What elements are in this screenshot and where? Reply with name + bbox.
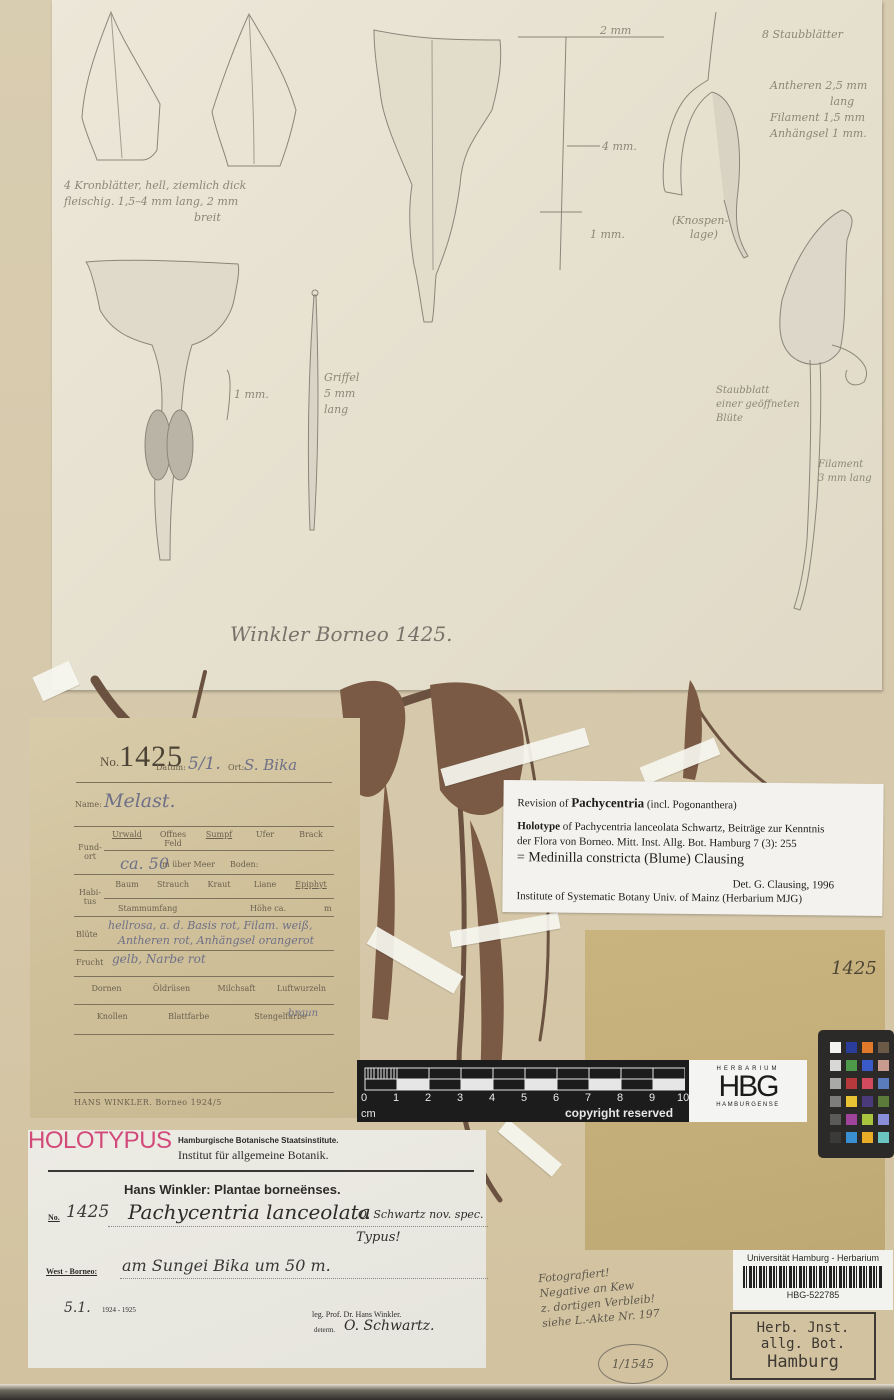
scale-unit: cm <box>361 1108 376 1120</box>
scale-ruler <box>363 1066 685 1092</box>
stamen-title: 8 Staubblätter <box>762 28 843 41</box>
petal-note: 4 Kronblätter, hell, ziemlich dick fleis… <box>64 178 246 226</box>
revision-determination-label: Revision of Pachycentria (incl. Pogonant… <box>502 780 883 916</box>
properties-row-1: Dornen Öldrüsen Milchsaft Luftwurzeln <box>74 984 334 993</box>
locality: am Sungei Bika um 50 m. <box>122 1256 331 1275</box>
barcode <box>743 1266 883 1288</box>
dimension-2mm: 2 mm <box>600 24 631 37</box>
color-swatch <box>878 1096 889 1107</box>
typus-note: Typus! <box>356 1230 401 1245</box>
color-swatch <box>862 1114 873 1125</box>
color-swatch <box>862 1078 873 1089</box>
dimension-4mm: 4 mm. <box>602 140 637 153</box>
color-swatch <box>878 1114 889 1125</box>
photograph-note: Fotografiert! Negative an Kew z. dortige… <box>538 1261 661 1331</box>
flower-description: hellrosa, a. d. Basis rot, Filam. weiß, … <box>108 918 314 948</box>
color-swatch <box>846 1114 857 1125</box>
name-value: Melast. <box>104 790 176 812</box>
fundort-options: Urwald Offnes Feld Sumpf Ufer Brack <box>104 830 334 848</box>
drawing-signature: Winkler Borneo 1425. <box>230 622 452 646</box>
collector-field-label: No.1425 Datum: 5/1. Ort: S. Bika Name: M… <box>30 718 360 1118</box>
determiner-signature: O. Schwartz. <box>344 1318 434 1334</box>
pencil-illustrations <box>52 0 882 690</box>
open-flower-note: Staubblatt einer geöffneten Blüte <box>716 384 800 426</box>
color-swatch <box>878 1132 889 1143</box>
scale-ticks: 0 1 2 3 4 5 6 7 8 9 10 <box>361 1092 691 1104</box>
scale-bar: 0 1 2 3 4 5 6 7 8 9 10 cm copyright rese… <box>357 1060 689 1122</box>
date-value: 5/1. <box>188 754 221 774</box>
color-swatch <box>846 1132 857 1143</box>
color-swatch <box>862 1060 873 1071</box>
color-calibration-chart <box>818 1030 894 1158</box>
fruit-description: gelb, Narbe rot <box>112 952 206 966</box>
color-swatch <box>846 1060 857 1071</box>
color-swatch <box>878 1078 889 1089</box>
color-swatch <box>878 1060 889 1071</box>
color-swatch <box>878 1042 889 1053</box>
dimension-1mm-section: 1 mm. <box>234 388 269 401</box>
color-swatch <box>846 1042 857 1053</box>
color-swatch <box>846 1096 857 1107</box>
taxon-name: Pachycentria lanceolata <box>128 1200 371 1224</box>
hbg-herbarium-logo: HERBARIUM HBG HAMBURGENSE <box>689 1060 807 1122</box>
color-swatch <box>862 1042 873 1053</box>
color-swatch <box>862 1132 873 1143</box>
collector-footer: HANS WINKLER. Borneo 1924/5 <box>74 1098 222 1107</box>
color-swatch <box>830 1078 841 1089</box>
locality-value: S. Bika <box>244 756 297 774</box>
barcode-label: Universität Hamburg - Herbarium HBG-5227… <box>733 1250 893 1310</box>
barcode-number: HBG-522785 <box>733 1290 893 1300</box>
series-title: Hans Winkler: Plantae borneënses. <box>124 1182 341 1197</box>
determiner: Det. G. Clausing, 1996 <box>733 878 835 891</box>
holotype-printed-label: HOLOTYPUS Hamburgische Botanische Staats… <box>28 1130 486 1368</box>
bud-note: (Knospen- lage) <box>672 214 728 242</box>
envelope-number: 1425 <box>831 958 877 979</box>
sheet-bottom-edge <box>0 1384 894 1400</box>
color-swatch <box>830 1096 841 1107</box>
color-swatch <box>830 1114 841 1125</box>
collection-date: 5.1. <box>64 1300 91 1316</box>
taxon-author: O. Schwartz nov. spec. <box>358 1208 484 1221</box>
color-swatch <box>862 1096 873 1107</box>
dimension-1mm: 1 mm. <box>590 228 625 241</box>
color-swatch <box>830 1132 841 1143</box>
accepted-name: = Medinilla constricta (Blume) Clausing <box>517 850 744 868</box>
stem-color-value: braun <box>288 1008 318 1019</box>
style-note: Griffel 5 mm lang <box>324 370 359 418</box>
botanical-drawing-sheet: 4 Kronblätter, hell, ziemlich dick fleis… <box>52 0 882 690</box>
habitus-options: Baum Strauch Kraut Liane Epiphyt <box>104 880 334 889</box>
copyright-notice: copyright reserved <box>565 1106 673 1120</box>
stamen-notes: Antheren 2,5 mm lang Filament 1,5 mm Anh… <box>770 78 867 142</box>
holotypus-stamp: HOLOTYPUS <box>28 1127 172 1155</box>
label-number: 1425 <box>66 1202 109 1222</box>
color-swatch <box>846 1078 857 1089</box>
circled-accession: 1/1545 <box>598 1344 668 1384</box>
filament-note: Filament 3 mm lang <box>818 458 872 486</box>
color-swatch <box>830 1042 841 1053</box>
color-swatch <box>830 1060 841 1071</box>
institute-stamp: Herb. Jnst. allg. Bot. Hamburg <box>730 1312 876 1380</box>
